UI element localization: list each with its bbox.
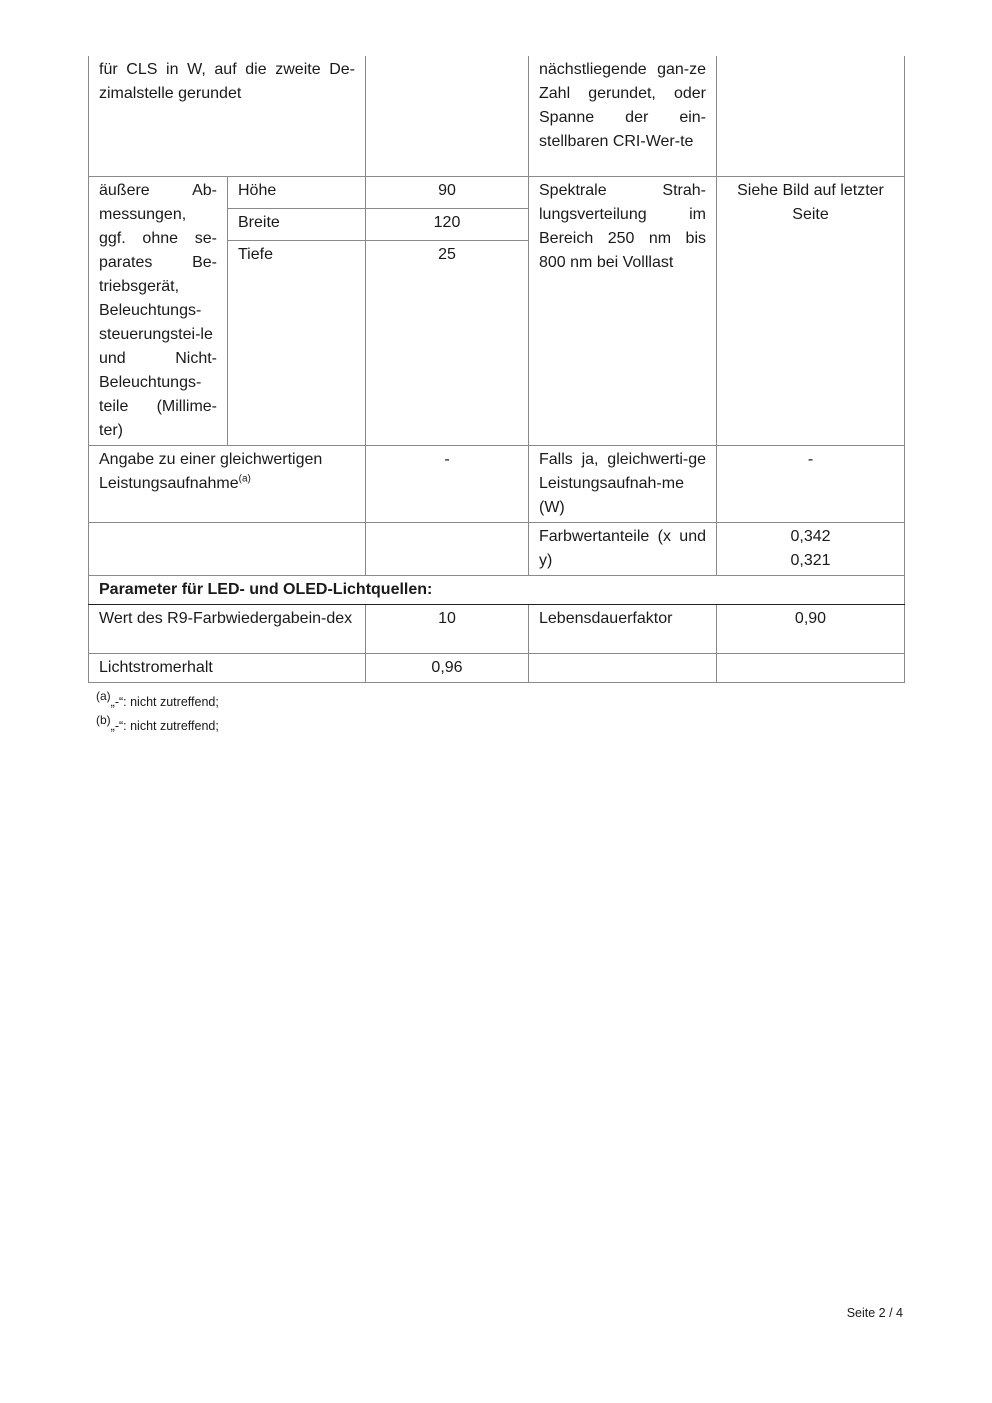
cell-equivalent-power-value: - [717, 446, 905, 523]
cell-r9-label: Wert des R9-Farbwiedergabein-dex [89, 605, 366, 654]
cell-cri-note: nächstliegende gan-ze Zahl gerundet, ode… [529, 56, 717, 177]
table-row-section-header: Parameter für LED- und OLED-Lichtquellen… [89, 576, 905, 605]
footnote-a: (a)„-“: nicht zutreffend; [96, 690, 219, 714]
cell-r9-value: 10 [366, 605, 529, 654]
cell-spectral-value: Siehe Bild auf letzter Seite [717, 177, 905, 446]
cell-empty [717, 654, 905, 683]
cell-dim-name-depth: Tiefe [228, 241, 366, 446]
cell-dim-value-depth: 25 [366, 241, 529, 446]
cell-flux-label: Lichtstromerhalt [89, 654, 366, 683]
document-page: für CLS in W, auf die zweite De-zimalste… [0, 0, 992, 1403]
footnote-text: „-“: nicht zutreffend; [111, 719, 219, 733]
table-row-rounding: für CLS in W, auf die zweite De-zimalste… [89, 56, 905, 177]
footnote-text: „-“: nicht zutreffend; [111, 695, 219, 709]
product-information-table: für CLS in W, auf die zweite De-zimalste… [88, 56, 905, 683]
cell-equivalent-power-label: Falls ja, gleichwerti-ge Leistungsaufnah… [529, 446, 717, 523]
cell-spectral-label: Spektrale Strah-lungsverteilung im Berei… [529, 177, 717, 446]
cell-empty [529, 654, 717, 683]
chromaticity-y: 0,321 [727, 549, 894, 573]
cell-dim-name-height: Höhe [228, 177, 366, 209]
table-row-flux-maintenance: Lichtstromerhalt 0,96 [89, 654, 905, 683]
cell-empty [366, 56, 529, 177]
footnotes: (a)„-“: nicht zutreffend; (b)„-“: nicht … [96, 690, 219, 738]
section-header-led-oled: Parameter für LED- und OLED-Lichtquellen… [89, 576, 905, 605]
cell-dimensions-label: äußere Ab-messungen, ggf. ohne se-parate… [89, 177, 228, 446]
footnote-ref-a: (a) [239, 474, 251, 485]
footnote-marker: (b) [96, 713, 111, 727]
cell-chromaticity-label: Farbwertanteile (x und y) [529, 523, 717, 576]
equivalent-label-text: Angabe zu einer gleichwertigen Leistungs… [99, 451, 322, 492]
cell-lifetime-label: Lebensdauerfaktor [529, 605, 717, 654]
cell-equivalent-label: Angabe zu einer gleichwertigen Leistungs… [89, 446, 366, 523]
footnote-marker: (a) [96, 689, 111, 703]
table-row-equivalent-power: Angabe zu einer gleichwertigen Leistungs… [89, 446, 905, 523]
cell-dim-value-width: 120 [366, 209, 529, 241]
table-row-dimensions: äußere Ab-messungen, ggf. ohne se-parate… [89, 177, 905, 209]
cell-empty [366, 523, 529, 576]
table-row-r9: Wert des R9-Farbwiedergabein-dex 10 Lebe… [89, 605, 905, 654]
cell-chromaticity-values: 0,342 0,321 [717, 523, 905, 576]
table-row-chromaticity: Farbwertanteile (x und y) 0,342 0,321 [89, 523, 905, 576]
page-number: Seite 2 / 4 [847, 1306, 903, 1320]
footnote-b: (b)„-“: nicht zutreffend; [96, 714, 219, 738]
cell-empty [717, 56, 905, 177]
cell-dim-value-height: 90 [366, 177, 529, 209]
chromaticity-x: 0,342 [727, 525, 894, 549]
cell-dim-name-width: Breite [228, 209, 366, 241]
cell-lifetime-value: 0,90 [717, 605, 905, 654]
cell-flux-value: 0,96 [366, 654, 529, 683]
cell-equivalent-value: - [366, 446, 529, 523]
cell-empty [89, 523, 366, 576]
cell-rounding-label: für CLS in W, auf die zweite De-zimalste… [89, 56, 366, 177]
